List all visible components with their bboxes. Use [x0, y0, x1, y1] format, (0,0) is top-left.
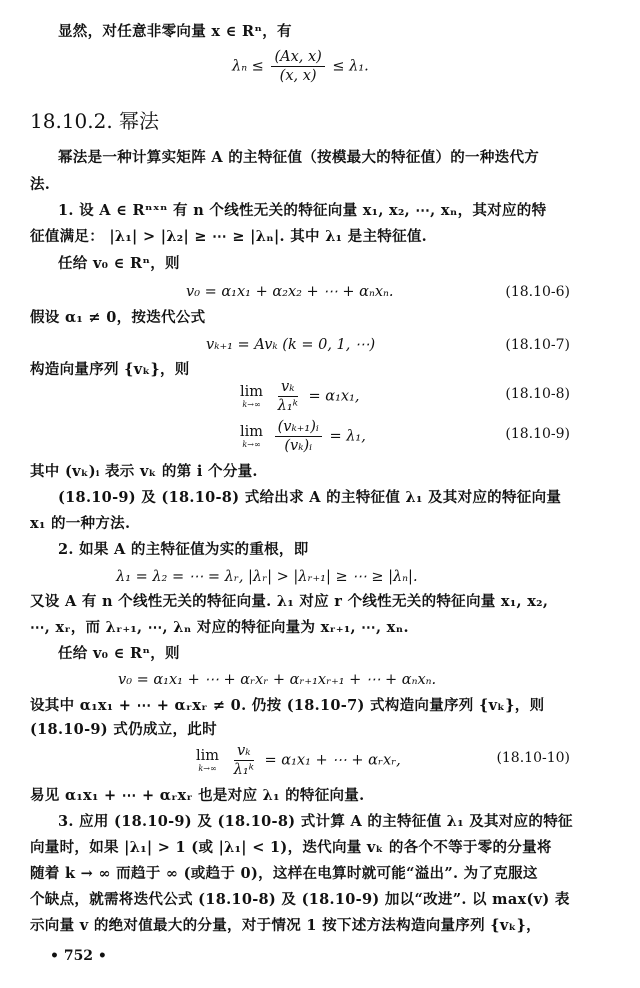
- intro-line: 显然，对任意非零向量 x ∈ Rⁿ，有: [58, 22, 292, 42]
- lim-label: lim: [240, 384, 263, 400]
- paragraph-line: 任给 v₀ ∈ Rⁿ，则: [58, 644, 180, 664]
- paragraph-line: 1. 设 A ∈ Rⁿˣⁿ 有 n 个线性无关的特征向量 x₁, x₂, ⋯, …: [58, 201, 546, 221]
- lim-label: lim: [240, 424, 263, 440]
- eq-rhs: = λ₁,: [329, 429, 365, 445]
- lim-subscript: k→∞: [242, 440, 260, 449]
- limit-operator: lim k→∞: [240, 424, 263, 449]
- equation-number: (18.10-8): [505, 384, 570, 404]
- paragraph-line: 设其中 α₁x₁ + ⋯ + αᵣxᵣ ≠ 0. 仍按 (18.10-7) 式构…: [30, 696, 544, 716]
- frac-numerator: vₖ: [234, 742, 253, 761]
- paragraph-line: 又设 A 有 n 个线性无关的特征向量. λ₁ 对应 r 个线性无关的特征向量 …: [30, 592, 548, 612]
- equation-number: (18.10-6): [505, 282, 570, 302]
- eq-rhs: = α₁x₁,: [309, 389, 360, 405]
- paragraph-line: 幂法是一种计算实矩阵 A 的主特征值（按模最大的特征值）的一种迭代方: [58, 148, 539, 168]
- paragraph-line: ⋯, xᵣ，而 λᵣ₊₁, ⋯, λₙ 对应的特征向量为 xᵣ₊₁, ⋯, xₙ…: [30, 618, 409, 638]
- equation-18-10-10: lim k→∞ vₖ λ₁ᵏ = α₁x₁ + ⋯ + αᵣxᵣ,: [196, 742, 401, 779]
- equation-number: (18.10-7): [505, 335, 570, 355]
- frac-denominator: λ₁ᵏ: [275, 397, 301, 415]
- frac-denominator: (vₖ)ᵢ: [281, 437, 315, 455]
- fraction: vₖ λ₁ᵏ: [231, 742, 257, 779]
- equation-18-10-6: v₀ = α₁x₁ + α₂x₂ + ⋯ + αₙxₙ.: [186, 282, 394, 302]
- paragraph-line: 假设 α₁ ≠ 0，按迭代公式: [30, 308, 205, 328]
- lim-subscript: k→∞: [198, 764, 216, 773]
- eq-rhs: = α₁x₁ + ⋯ + αᵣxᵣ,: [265, 753, 401, 769]
- equation-multiple-root: λ₁ = λ₂ = ⋯ = λᵣ, |λᵣ| > |λᵣ₊₁| ≥ ⋯ ≥ |λ…: [116, 567, 418, 587]
- paragraph-line: 向量时，如果 |λ₁| > 1 (或 |λ₁| < 1)，迭代向量 vₖ 的各个…: [30, 838, 552, 858]
- limit-operator: lim k→∞: [240, 384, 263, 409]
- paragraph-line: 构造向量序列 {vₖ}，则: [30, 360, 190, 380]
- paragraph-line: (18.10-9) 及 (18.10-8) 式给出求 A 的主特征值 λ₁ 及其…: [58, 488, 561, 508]
- frac-numerator: vₖ: [278, 378, 297, 397]
- paragraph-line: 随着 k → ∞ 而趋于 ∞ (或趋于 0)，这样在电算时就可能“溢出”. 为了…: [30, 864, 538, 884]
- paragraph-line: 示向量 v 的绝对值最大的分量，对于情况 1 按下述方法构造向量序列 {vₖ}，: [30, 916, 541, 936]
- lim-subscript: k→∞: [242, 400, 260, 409]
- frac-numerator: (vₖ₊₁)ᵢ: [275, 418, 322, 437]
- paragraph-line: (18.10-9) 式仍成立，此时: [30, 720, 217, 740]
- eq-right: ≤ λ₁.: [332, 59, 368, 75]
- page-number: • 752 •: [50, 948, 107, 964]
- paragraph-line: 2. 如果 A 的主特征值为实的重根，即: [58, 540, 309, 560]
- paragraph-line: 任给 v₀ ∈ Rⁿ，则: [58, 254, 180, 274]
- equation-18-10-7: vₖ₊₁ = Avₖ (k = 0, 1, ⋯): [206, 335, 375, 355]
- equation-v0-expansion: v₀ = α₁x₁ + ⋯ + αᵣxᵣ + αᵣ₊₁xᵣ₊₁ + ⋯ + αₙ…: [118, 670, 436, 690]
- rayleigh-inequality: λₙ ≤ (Ax, x) (x, x) ≤ λ₁.: [232, 48, 369, 85]
- equation-18-10-8: lim k→∞ vₖ λ₁ᵏ = α₁x₁,: [240, 378, 360, 415]
- frac-numerator: (Ax, x): [271, 48, 324, 67]
- paragraph-line: 易见 α₁x₁ + ⋯ + αᵣxᵣ 也是对应 λ₁ 的特征向量.: [30, 786, 364, 806]
- equation-number: (18.10-9): [505, 424, 570, 444]
- equation-number: (18.10-10): [496, 748, 570, 768]
- equation-18-10-9: lim k→∞ (vₖ₊₁)ᵢ (vₖ)ᵢ = λ₁,: [240, 418, 366, 455]
- fraction: vₖ λ₁ᵏ: [275, 378, 301, 415]
- eq-left: λₙ ≤: [232, 59, 264, 75]
- paragraph-line: 个缺点，就需将迭代公式 (18.10-8) 及 (18.10-9) 加以“改进”…: [30, 890, 570, 910]
- lim-label: lim: [196, 748, 219, 764]
- section-heading: 18.10.2. 幂法: [30, 108, 159, 134]
- paragraph-line: x₁ 的一种方法.: [30, 514, 130, 534]
- paragraph-line: 其中 (vₖ)ᵢ 表示 vₖ 的第 i 个分量.: [30, 462, 258, 482]
- limit-operator: lim k→∞: [196, 748, 219, 773]
- paragraph-line: 3. 应用 (18.10-9) 及 (18.10-8) 式计算 A 的主特征值 …: [58, 812, 573, 832]
- paragraph-line: 法.: [30, 175, 50, 195]
- fraction: (vₖ₊₁)ᵢ (vₖ)ᵢ: [275, 418, 322, 455]
- paragraph-line: 征值满足： |λ₁| > |λ₂| ≥ ⋯ ≥ |λₙ|. 其中 λ₁ 是主特征…: [30, 227, 427, 247]
- frac-denominator: λ₁ᵏ: [231, 761, 257, 779]
- rayleigh-fraction: (Ax, x) (x, x): [271, 48, 324, 85]
- frac-denominator: (x, x): [277, 67, 320, 85]
